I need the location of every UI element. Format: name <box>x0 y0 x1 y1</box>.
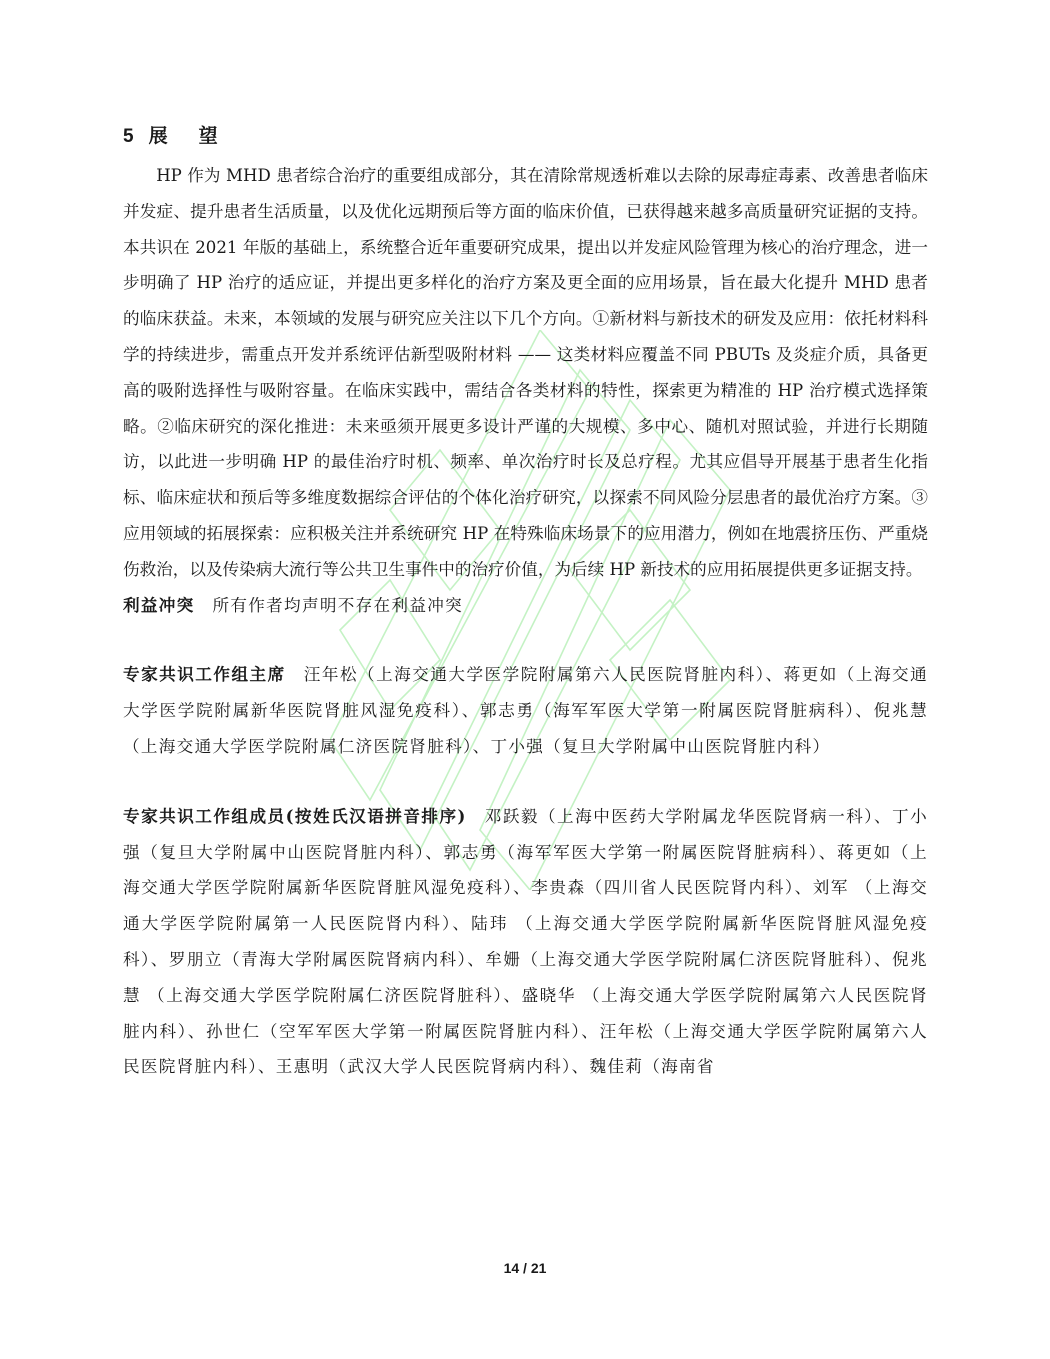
conflict-of-interest-text: 所有作者均声明不存在利益冲突 <box>212 596 463 615</box>
conflict-of-interest-label: 利益冲突 <box>123 595 195 615</box>
spacer <box>123 623 928 657</box>
members-text: 邓跃毅（上海中医药大学附属龙华医院肾病一科）、丁小强（复旦大学附属中山医院肾脏内… <box>123 807 928 1077</box>
section-title-char-1: 展 <box>149 126 169 147</box>
spacer <box>123 765 928 799</box>
page-indicator: 14 / 21 <box>0 1260 1050 1276</box>
section-title-char-2: 望 <box>199 126 219 147</box>
section-heading: 5展望 <box>123 122 928 152</box>
conflict-of-interest: 利益冲突 所有作者均声明不存在利益冲突 <box>123 588 928 624</box>
page-content: 5展望 HP 作为 MHD 患者综合治疗的重要组成部分，其在清除常规透析难以去除… <box>123 122 928 1085</box>
section-number: 5 <box>123 126 135 147</box>
chair-label: 专家共识工作组主席 <box>123 664 286 684</box>
chair-paragraph: 专家共识工作组主席 汪年松（上海交通大学医学院附属第六人民医院肾脏内科）、蒋更如… <box>123 657 928 764</box>
members-label: 专家共识工作组成员(按姓氏汉语拼音排序) <box>123 806 467 826</box>
outlook-paragraph: HP 作为 MHD 患者综合治疗的重要组成部分，其在清除常规透析难以去除的尿毒症… <box>123 158 928 588</box>
members-paragraph: 专家共识工作组成员(按姓氏汉语拼音排序) 邓跃毅（上海中医药大学附属龙华医院肾病… <box>123 799 928 1085</box>
